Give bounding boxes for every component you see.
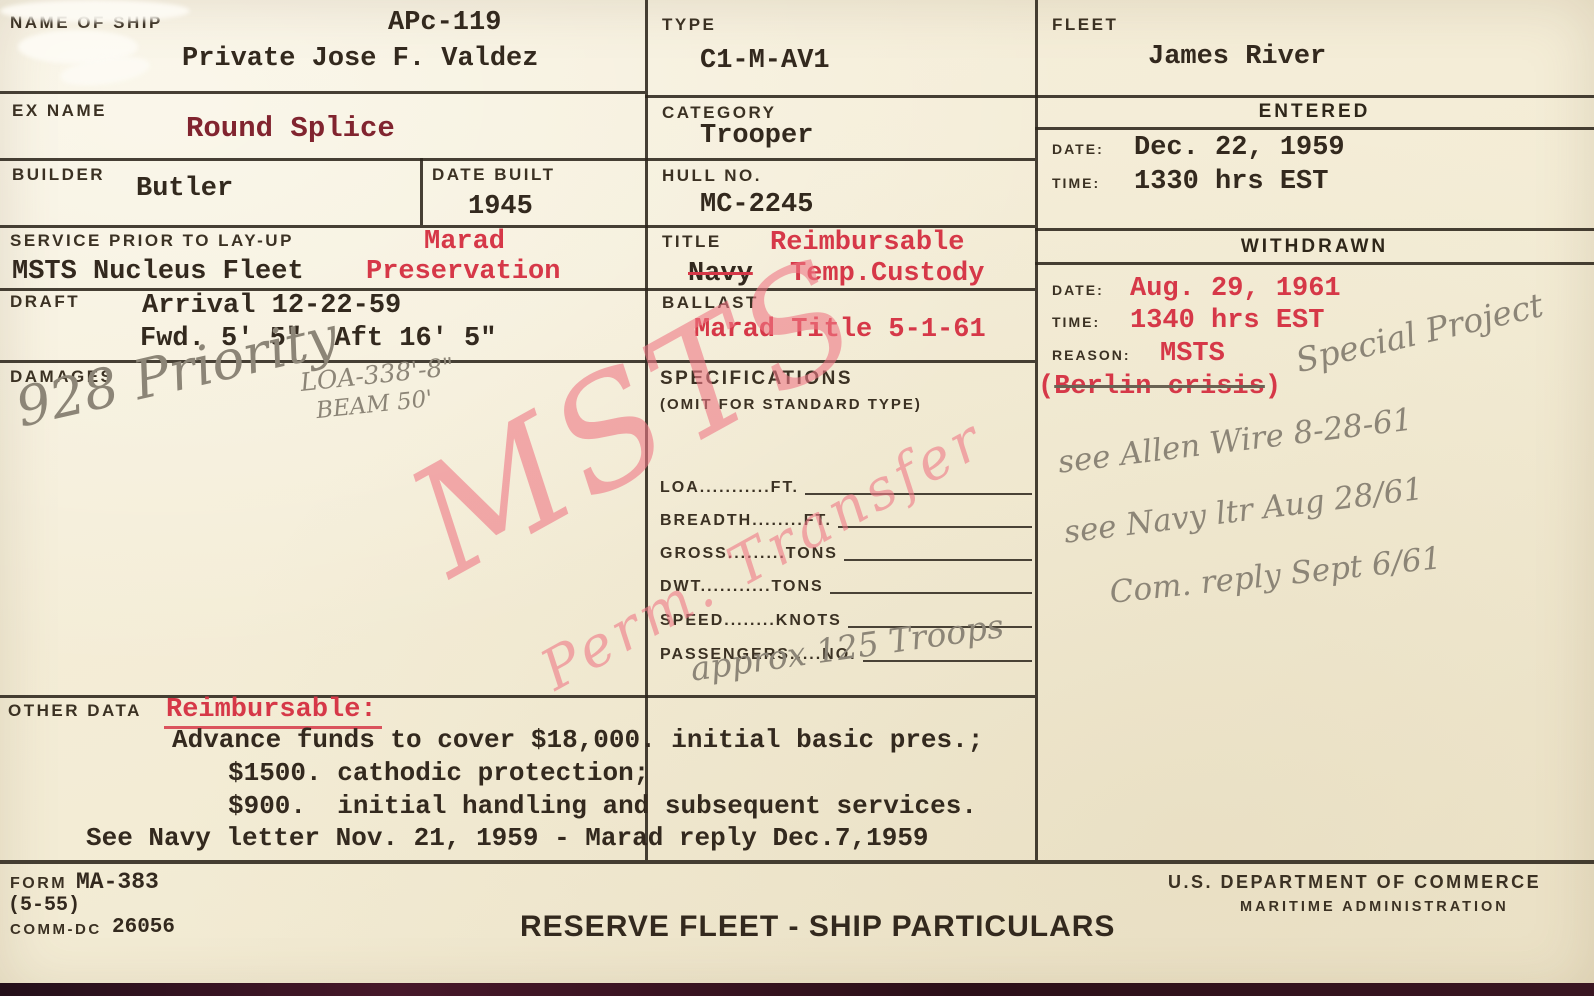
paren-close: ) [1265, 372, 1281, 402]
agency-line1: U.S. DEPARTMENT OF COMMERCE [1168, 872, 1541, 894]
entered-date-label: DATE: [1052, 141, 1104, 158]
divider [0, 860, 1594, 864]
comm-label: COMM-DC [10, 921, 102, 939]
title-label: TITLE [662, 232, 722, 252]
withdrawn-date-value: Aug. 29, 1961 [1130, 274, 1341, 305]
paper-damage-spot [0, 0, 190, 22]
ship-designation-value: APc-119 [388, 8, 501, 39]
entered-date-value: Dec. 22, 1959 [1134, 133, 1345, 164]
builder-label: BUILDER [12, 165, 105, 185]
divider [0, 91, 645, 94]
draft-label: DRAFT [10, 292, 80, 312]
handwritten-margin-note-2: see Navy ltr Aug 28/61 [1062, 471, 1425, 551]
form-label: FORM [10, 874, 67, 893]
withdrawn-reason-label: REASON: [1052, 347, 1131, 364]
withdrawn-date-label: DATE: [1052, 282, 1104, 299]
berlin-crisis-struck-text: Berlin crisis [1054, 372, 1265, 402]
builder-datebuilt-divider [420, 158, 423, 225]
ship-particulars-card: NAME OF SHIP APc-119 Private Jose F. Val… [0, 0, 1594, 996]
paren-open: ( [1038, 372, 1054, 402]
builder-value: Butler [136, 174, 233, 205]
entered-header-underline [1035, 127, 1594, 130]
name-of-ship-value: Private Jose F. Valdez [182, 44, 538, 75]
category-value: Trooper [700, 121, 813, 152]
divider [1035, 228, 1594, 231]
divider [645, 95, 1594, 98]
withdrawn-reason-value: MSTS [1160, 339, 1225, 370]
divider [0, 695, 1035, 698]
other-data-heading: Reimbursable: [166, 695, 377, 726]
card-title: RESERVE FLEET - SHIP PARTICULARS [520, 912, 1115, 942]
column-divider [1035, 0, 1038, 860]
ex-name-label: EX NAME [12, 101, 107, 121]
entered-header: ENTERED [1035, 101, 1594, 124]
spec-dwt-blank-line [830, 578, 1032, 594]
withdrawn-reason-struck: (Berlin crisis) [1038, 372, 1281, 403]
form-number: MA-383 [76, 869, 159, 895]
hull-no-value: MC-2245 [700, 190, 813, 221]
other-data-line1: Advance funds to cover $18,000. initial … [172, 726, 983, 756]
withdrawn-time-value: 1340 hrs EST [1130, 306, 1324, 337]
comm-number: 26056 [112, 916, 175, 940]
form-revision: (5-55) [8, 894, 80, 917]
withdrawn-header-underline [1035, 262, 1594, 265]
scan-bottom-edge [0, 983, 1594, 996]
service-prior-label: SERVICE PRIOR TO LAY-UP [10, 231, 294, 251]
type-label: TYPE [662, 15, 716, 35]
entered-time-label: TIME: [1052, 175, 1100, 192]
spec-gross-blank-line [844, 545, 1032, 561]
date-built-label: DATE BUILT [432, 165, 556, 185]
divider [0, 158, 1035, 161]
other-data-line3: $900. initial handling and subsequent se… [228, 792, 977, 822]
other-data-label: OTHER DATA [8, 701, 142, 721]
fleet-label: FLEET [1052, 15, 1118, 35]
hull-no-label: HULL NO. [662, 166, 762, 186]
withdrawn-time-label: TIME: [1052, 314, 1100, 331]
entered-time-value: 1330 hrs EST [1134, 167, 1328, 198]
handwritten-margin-note-1: see Allen Wire 8-28-61 [1056, 402, 1414, 481]
ex-name-value: Round Splice [186, 112, 395, 145]
fleet-value: James River [1148, 42, 1326, 73]
other-data-line2: $1500. cathodic protection; [228, 759, 649, 789]
date-built-value: 1945 [468, 192, 533, 223]
handwritten-margin-note-3: Com. reply Sept 6/61 [1108, 540, 1443, 611]
service-stamp-line2: Preservation [366, 257, 560, 288]
withdrawn-header: WITHDRAWN [1035, 236, 1594, 259]
service-prior-value: MSTS Nucleus Fleet [12, 257, 304, 288]
service-stamp-line1: Marad [424, 227, 505, 258]
type-value: C1-M-AV1 [700, 46, 830, 77]
agency-line2: MARITIME ADMINISTRATION [1240, 899, 1509, 916]
other-data-line4: See Navy letter Nov. 21, 1959 - Marad re… [86, 824, 929, 854]
